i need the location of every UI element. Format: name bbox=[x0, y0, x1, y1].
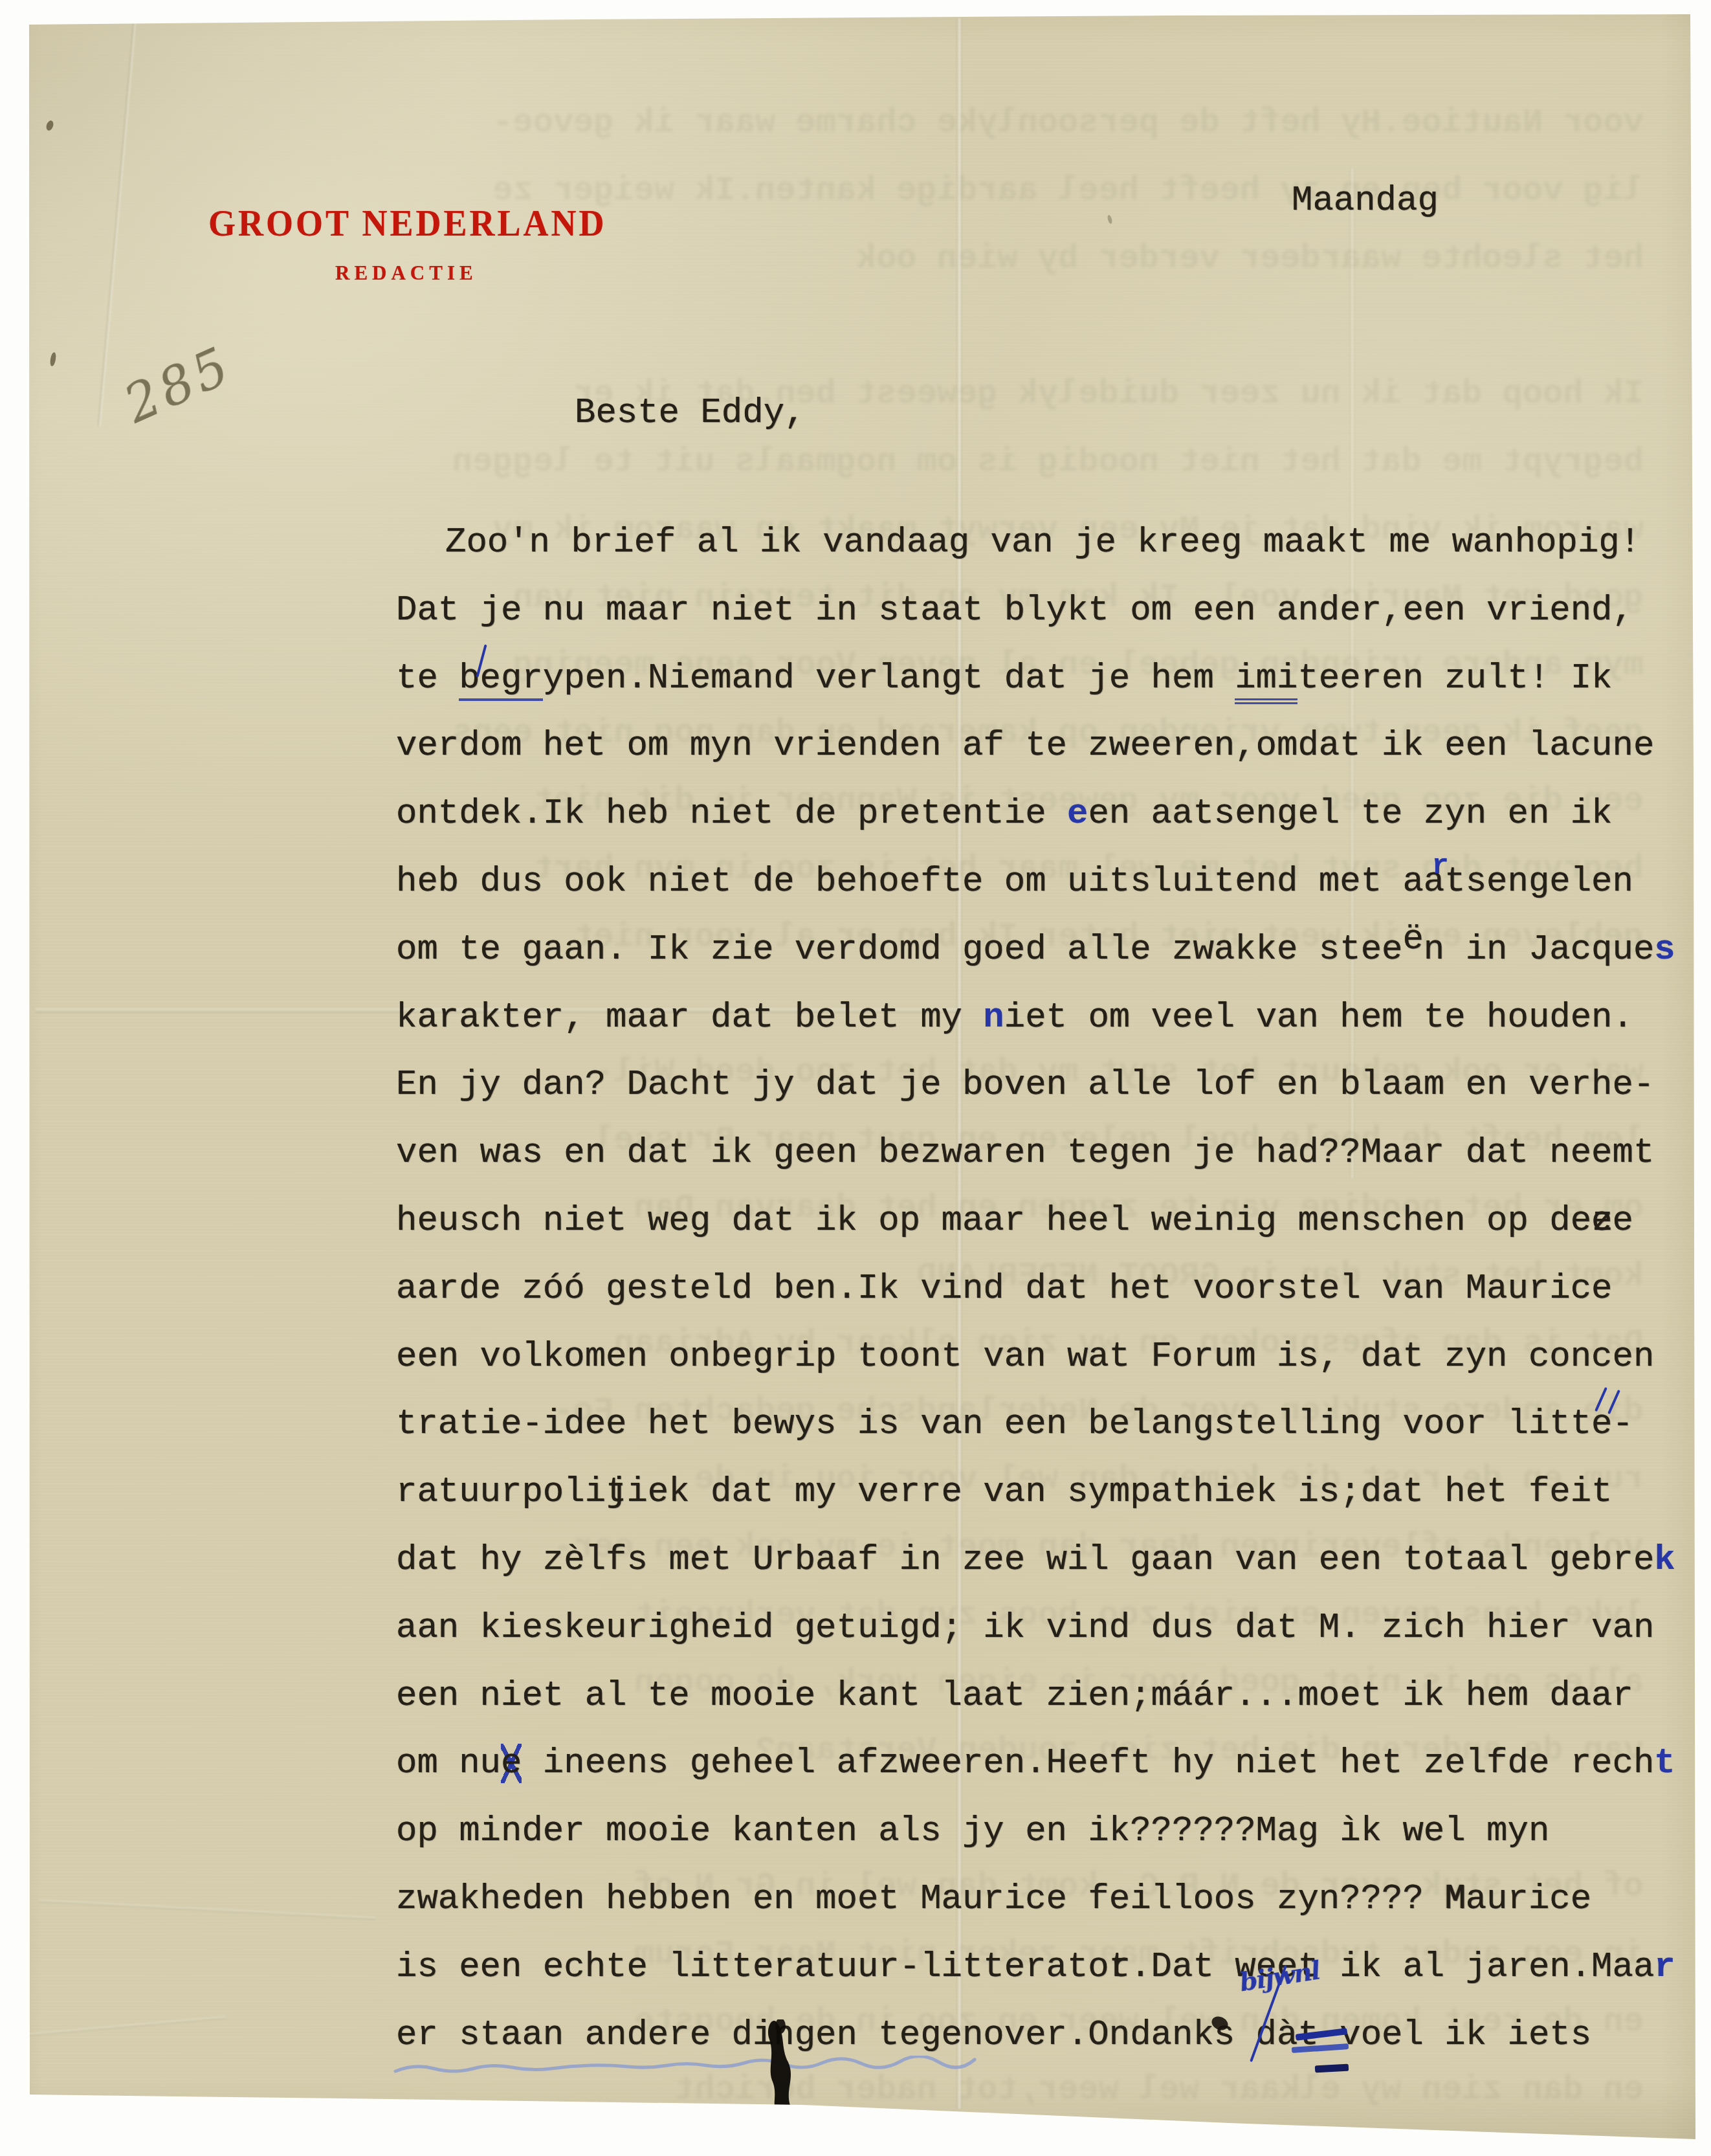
typed-line: En jy dan? Dacht jy dat je boven alle lo… bbox=[396, 1051, 1654, 1119]
corrected-text: r bbox=[1654, 1948, 1675, 1987]
corrected-text: ez bbox=[1591, 1201, 1593, 1241]
typed-line: karakter, maar dat belet my niet om veel… bbox=[396, 984, 1633, 1052]
typed-text: een niet al te mooie kant laat zien;máár… bbox=[396, 1676, 1633, 1716]
typed-text: aan kieskeurigheid getuigd; ik vind dus … bbox=[396, 1608, 1654, 1648]
typed-line: aarde zóó gesteld ben.Ik vind dat het vo… bbox=[396, 1255, 1613, 1323]
typed-text: .Dat weet ik al jaren.Maa bbox=[1130, 1948, 1654, 1987]
typed-text: ineens geheel afzweeren.Heeft hy niet he… bbox=[522, 1744, 1654, 1783]
date-line: Maandag bbox=[1292, 167, 1439, 235]
typed-text: heusch niet weg dat ik op maar heel wein… bbox=[396, 1201, 1591, 1241]
typed-line: is een echte litteratuur-litteratotr.Dat… bbox=[396, 1933, 1675, 2001]
typed-line: Dat je nu maar niet in staat blykt om ee… bbox=[396, 577, 1633, 645]
typed-line: zwakheden hebben en moet Maurice feilloo… bbox=[396, 1865, 1591, 1933]
corrected-text: t bbox=[1654, 1744, 1675, 1783]
typed-line: verdom het om myn vrienden af te zweeren… bbox=[396, 712, 1654, 780]
typed-text: ontdek.Ik heb niet de pretentie bbox=[396, 794, 1067, 834]
bleedthrough-line: Ik hoop dat ik nu zeer duidelyk geweest … bbox=[194, 375, 1644, 420]
typed-text: teeren zult! Ik bbox=[1297, 659, 1612, 698]
typed-text: er staan andere dingen tegenover.Ondanks… bbox=[396, 2016, 1591, 2055]
typed-text: en aatsengel te zyn en ik bbox=[1088, 794, 1612, 834]
typed-text: verdom het om myn vrienden af te zweeren… bbox=[396, 726, 1654, 766]
letter-paper: voor Nautioe.Hy heft de persoonlyke char… bbox=[0, 0, 1711, 2156]
typed-line: heusch niet weg dat ik op maar heel wein… bbox=[396, 1187, 1633, 1255]
typed-text: aarde zóó gesteld ben.Ik vind dat het vo… bbox=[396, 1269, 1613, 1309]
typed-text: karakter, maar dat belet my bbox=[396, 998, 983, 1038]
corrected-text: tj bbox=[606, 1473, 607, 1512]
typed-text: heb dus ook niet de behoefte om uitsluit… bbox=[396, 862, 1444, 902]
typed-text: e bbox=[1613, 1201, 1633, 1241]
typed-text: En jy dan? Dacht jy dat je boven alle lo… bbox=[396, 1065, 1654, 1105]
corrected-text: e bbox=[1067, 794, 1088, 834]
typed-text: is een echte litteratuur-litterato bbox=[396, 1948, 1109, 1987]
typed-line: tratie-idee het bewys is van een belangs… bbox=[396, 1390, 1633, 1458]
corrected-text: k bbox=[1654, 1540, 1675, 1580]
typed-text: n in Jacque bbox=[1424, 930, 1654, 970]
top-left-crease bbox=[98, 20, 137, 427]
corrected-text: M bbox=[1444, 1880, 1465, 1919]
corrected-text: imi bbox=[1235, 659, 1297, 704]
letterhead-title: GROOT NEDERLAND bbox=[208, 205, 607, 241]
typed-text: dat hy zèlfs met Urbaaf in zee wil gaan … bbox=[396, 1540, 1654, 1580]
typed-line: op minder mooie kanten als jy en ik?????… bbox=[396, 1797, 1549, 1865]
bleedthrough-line: voor Nautioe.Hy heft de persoonlyke char… bbox=[194, 104, 1644, 149]
typed-text: Dat je nu maar niet in staat blykt om ee… bbox=[396, 591, 1633, 630]
typed-line: om te gaan. Ik zie verdomd goed alle zwa… bbox=[396, 916, 1675, 984]
typed-text: op minder mooie kanten als jy en ik?????… bbox=[396, 1812, 1549, 1851]
typed-line: een niet al te mooie kant laat zien;máár… bbox=[396, 1662, 1633, 1730]
typed-text: te bbox=[396, 659, 459, 698]
blue-wavy-underline bbox=[392, 2056, 1013, 2079]
bleedthrough-line: begrypt me dat het niet noodig is om nog… bbox=[194, 443, 1644, 488]
typed-text: om te gaan. Ik zie verdomd goed alle zwa… bbox=[396, 930, 1402, 970]
typed-text: ven was en dat ik geen bezwaren tegen je… bbox=[396, 1133, 1654, 1173]
typed-line: een volkomen onbegrip toont van wat Foru… bbox=[396, 1323, 1654, 1391]
corrected-text: ë bbox=[1402, 906, 1423, 973]
corrected-text: begr bbox=[459, 659, 543, 701]
typed-text: iek dat my verre van sympathiek is;dat h… bbox=[626, 1473, 1612, 1512]
typed-line: dat hy zèlfs met Urbaaf in zee wil gaan … bbox=[396, 1526, 1675, 1594]
typed-text: een volkomen onbegrip toont van wat Foru… bbox=[396, 1337, 1654, 1377]
typed-text: ypen.Niemand verlangt dat je hem bbox=[543, 659, 1235, 698]
ink-blot bbox=[738, 2019, 841, 2136]
typed-text: om nu bbox=[396, 1744, 501, 1783]
typed-text: ratuurpoli bbox=[396, 1473, 606, 1512]
typed-text: tsengelen bbox=[1444, 862, 1633, 902]
corrected-text: s bbox=[1654, 930, 1675, 970]
scanned-letter-page: { "letterhead": { "title": "GROOT NEDERL… bbox=[0, 0, 1711, 2156]
typed-text: aurice bbox=[1466, 1880, 1591, 1919]
typed-line: Zoo'n brief al ik vandaag van je kreeg m… bbox=[445, 509, 1640, 577]
corrected-text: n bbox=[983, 998, 1004, 1038]
corrected-text: e bbox=[501, 1744, 522, 1783]
paper-speck bbox=[49, 351, 57, 366]
letterhead-subtitle: REDACTIE bbox=[335, 263, 478, 283]
typed-text: iet om veel van hem te houden. bbox=[1004, 998, 1633, 1038]
typed-line: aan kieskeurigheid getuigd; ik vind dus … bbox=[396, 1594, 1654, 1662]
typed-line: ratuurpolitjiek dat my verre van sympath… bbox=[396, 1458, 1613, 1526]
typed-line: om nue ineens geheel afzweeren.Heeft hy … bbox=[396, 1729, 1675, 1797]
typed-text: zwakheden hebben en moet Maurice feilloo… bbox=[396, 1880, 1444, 1919]
typed-line: heb dus ook niet de behoefte om uitsluit… bbox=[396, 848, 1633, 916]
typed-line: ontdek.Ik heb niet de pretentie een aats… bbox=[396, 780, 1613, 848]
salutation: Beste Eddy, bbox=[575, 379, 805, 447]
corrected-text: tr bbox=[1109, 1948, 1110, 1987]
typed-line: ven was en dat ik geen bezwaren tegen je… bbox=[396, 1119, 1654, 1187]
typed-text: Zoo'n brief al ik vandaag van je kreeg m… bbox=[445, 523, 1640, 562]
typed-line: te begrypen.Niemand verlangt dat je hem … bbox=[396, 645, 1613, 713]
typed-text: tratie-idee het bewys is van een belangs… bbox=[396, 1405, 1633, 1444]
paper-speck bbox=[45, 120, 55, 131]
